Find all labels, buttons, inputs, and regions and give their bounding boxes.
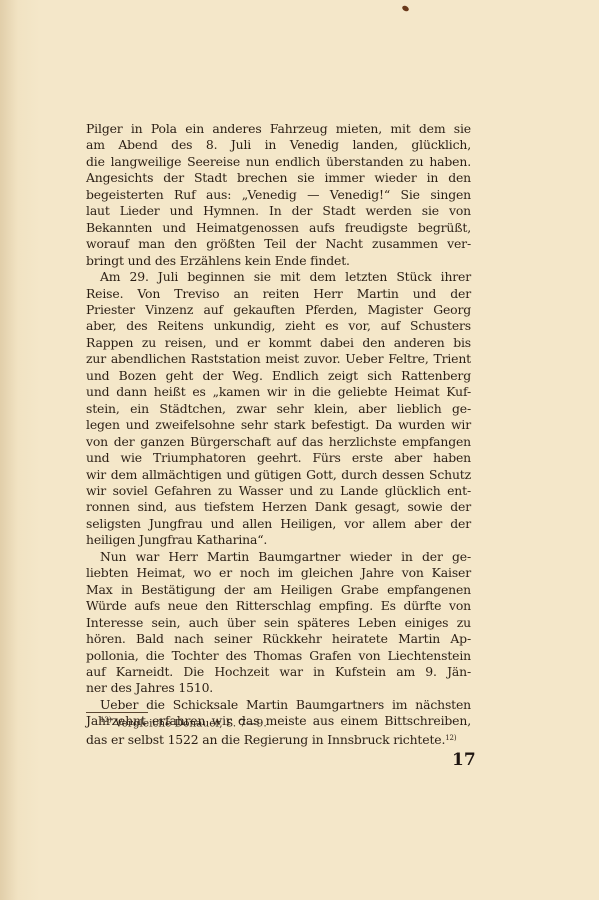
- text-line: Interesse sein, auch über sein späteres …: [86, 615, 471, 631]
- footnote-reference[interactable]: 12): [445, 734, 456, 742]
- text-line: pollonia, die Tochter des Thomas Grafen …: [86, 648, 471, 664]
- text-line: liebten Heimat, wo er noch im gleichen J…: [86, 565, 471, 581]
- text-line: hören. Bald nach seiner Rückkehr heirate…: [86, 631, 471, 647]
- text-line: worauf man den größten Teil der Nacht zu…: [86, 236, 471, 252]
- text-line: bringt und des Erzählens kein Ende finde…: [86, 253, 471, 269]
- footnote-text: Vergleiche Donauer, S. 7—9.: [115, 718, 267, 730]
- text-line: zur abendlichen Raststation meist zuvor.…: [86, 351, 471, 367]
- text-line: aber, des Reitens unkundig, zieht es vor…: [86, 318, 471, 334]
- text-line: Bekannten und Heimatgenossen aufs freudi…: [86, 220, 471, 236]
- text-line: Pilger in Pola ein anderes Fahrzeug miet…: [86, 121, 471, 137]
- text-line: Rappen zu reisen, und er kommt dabei den…: [86, 335, 471, 351]
- text-line: und Bozen geht der Weg. Endlich zeigt si…: [86, 368, 471, 384]
- ink-smudge: [401, 5, 410, 13]
- text-line: und dann heißt es „kamen wir in die geli…: [86, 384, 471, 400]
- text-line: stein, ein Städtchen, zwar sehr klein, a…: [86, 401, 471, 417]
- text-line: auf Karneidt. Die Hochzeit war in Kufste…: [86, 664, 471, 680]
- text-line: heiligen Jungfrau Katharina“.: [86, 532, 471, 548]
- text-line: ner des Jahres 1510.: [86, 680, 471, 696]
- footnote-divider: [86, 712, 148, 713]
- text-line: Würde aufs neue den Ritterschlag empfing…: [86, 598, 471, 614]
- text-line: legen und zweifelsohne sehr stark befest…: [86, 417, 471, 433]
- text-line: laut Lieder und Hymnen. In der Stadt wer…: [86, 203, 471, 219]
- text-line: Priester Vinzenz auf gekauften Pferden, …: [86, 302, 471, 318]
- text-line-with-footnote-ref: das er selbst 1522 an die Regierung in I…: [86, 730, 471, 748]
- book-page: Pilger in Pola ein anderes Fahrzeug miet…: [0, 0, 599, 900]
- text-line: die langweilige Seereise nun endlich übe…: [86, 154, 471, 170]
- text-line: ronnen sind, aus tiefstem Herzen Dank ge…: [86, 499, 471, 515]
- text-line: begeisterten Ruf aus: „Venedig — Venedig…: [86, 187, 471, 203]
- body-text: Pilger in Pola ein anderes Fahrzeug miet…: [86, 121, 471, 748]
- text-line: Am 29. Juli beginnen sie mit dem letzten…: [86, 269, 471, 285]
- text-line: wir dem allmächtigen und gütigen Gott, d…: [86, 467, 471, 483]
- text-line: Reise. Von Treviso an reiten Herr Martin…: [86, 286, 471, 302]
- page-number: 17: [452, 750, 476, 770]
- text-line: Angesichts der Stadt brechen sie immer w…: [86, 170, 471, 186]
- text-line: und wie Triumphatoren geehrt. Fürs erste…: [86, 450, 471, 466]
- text-line: Ueber die Schicksale Martin Baumgartners…: [86, 697, 471, 713]
- text-line: von der ganzen Bürgerschaft auf das herz…: [86, 434, 471, 450]
- text-line: am Abend des 8. Juli in Venedig landen, …: [86, 137, 471, 153]
- text-line: Max in Bestätigung der am Heiligen Grabe…: [86, 582, 471, 598]
- footnote-marker: 12): [100, 716, 112, 724]
- text-line: Nun war Herr Martin Baumgartner wieder i…: [86, 549, 471, 565]
- text-line: seligsten Jungfrau und allen Heiligen, v…: [86, 516, 471, 532]
- footnote: 12) Vergleiche Donauer, S. 7—9.: [100, 716, 267, 730]
- text-line: das er selbst 1522 an die Regierung in I…: [86, 732, 445, 747]
- text-line: wir soviel Gefahren zu Wasser und zu Lan…: [86, 483, 471, 499]
